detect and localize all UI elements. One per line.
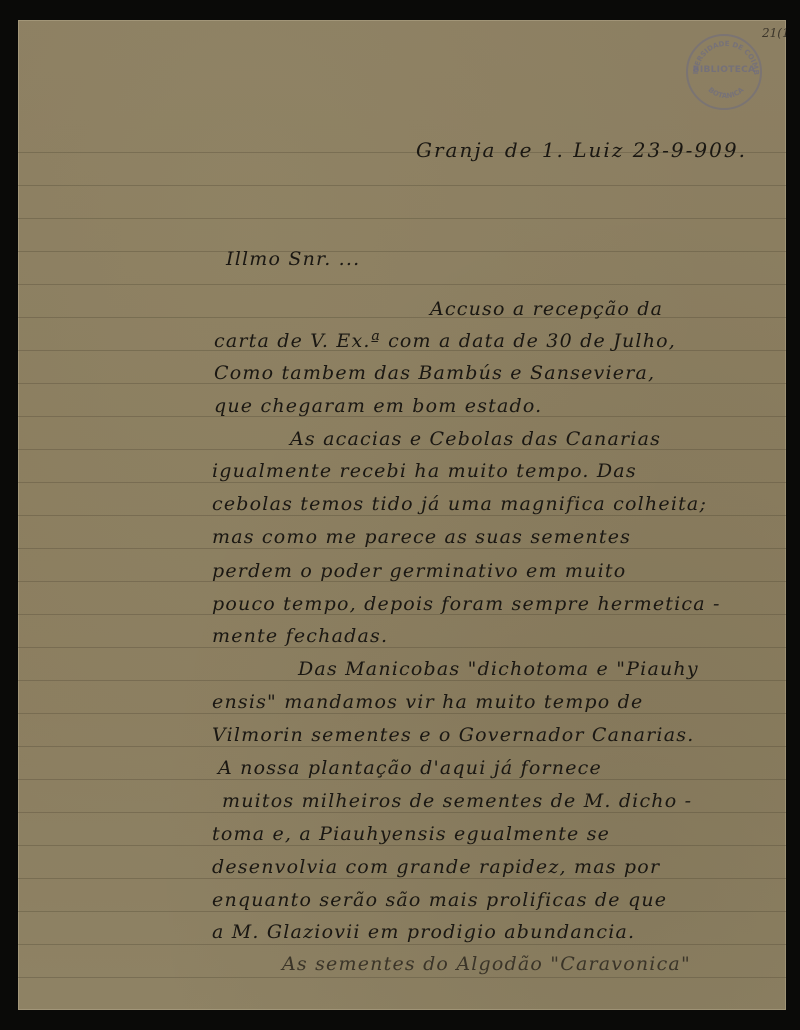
letter-line: A nossa plantação d'aqui já fornece [218,759,602,778]
ruled-line [18,977,786,978]
letter-line: ensis" mandamos vir ha muito tempo de [212,693,643,712]
scan-background: UNIVERSIDADE DE COIMBRA BOTANICA BIBLIOT… [0,0,800,1030]
ruled-line [18,482,786,483]
letter-line: As acacias e Cebolas das Canarias [290,430,661,449]
ruled-line [18,251,786,252]
letter-line: que chegaram em bom estado. [214,397,542,416]
ruled-line [18,680,786,681]
ruled-line [18,317,786,318]
letter-line: perdem o poder germinativo em muito [212,562,626,581]
letter-line: igualmente recebi ha muito tempo. Das [212,462,637,481]
letter-line: muitos milheiros de sementes de M. dicho… [222,792,692,811]
letter-line: enquanto serão são mais prolificas de qu… [212,891,667,910]
letter-line: cebolas temos tido já uma magnifica colh… [212,495,707,514]
letter-page: UNIVERSIDADE DE COIMBRA BOTANICA BIBLIOT… [18,20,786,1010]
library-stamp: UNIVERSIDADE DE COIMBRA BOTANICA BIBLIOT… [686,34,762,110]
ruled-line [18,845,786,846]
ruled-line [18,218,786,219]
letter-line: Das Manicobas "dichotoma e "Piauhy [298,660,699,679]
ruled-line [18,515,786,516]
ruled-line [18,878,786,879]
ruled-line [18,284,786,285]
catalog-number: 21(1 [762,26,786,40]
ruled-line [18,812,786,813]
salutation: Illmo Snr. ... [226,250,360,269]
place-date: Granja de 1. Luiz 23-9-909. [416,140,747,160]
letter-line: Vilmorin sementes e o Governador Canaria… [212,726,694,745]
letter-line: desenvolvia com grande rapidez, mas por [212,858,660,877]
ruled-line [18,548,786,549]
letter-line: Accuso a recepção da [430,300,663,319]
ruled-line [18,746,786,747]
ruled-line [18,779,786,780]
ruled-line [18,944,786,945]
letter-line: Como tambem das Bambús e Sanseviera, [214,364,655,383]
letter-line: mente fechadas. [212,627,388,646]
ruled-line [18,185,786,186]
ruled-line [18,713,786,714]
ruled-line [18,647,786,648]
svg-text:BOTANICA: BOTANICA [707,85,746,100]
letter-line: mas como me parece as suas sementes [212,528,631,547]
letter-line: a M. Glaziovii em prodigio abundancia. [212,923,635,942]
letter-line: toma e, a Piauhyensis egualmente se [212,825,610,844]
ruled-line [18,911,786,912]
letter-line: pouco tempo, depois foram sempre hermeti… [212,595,721,614]
stamp-center-text: BIBLIOTECA [688,65,760,75]
letter-line: As sementes do Algodão "Caravonica" [282,955,691,974]
letter-line: carta de V. Ex.ª com a data de 30 de Jul… [214,332,676,351]
